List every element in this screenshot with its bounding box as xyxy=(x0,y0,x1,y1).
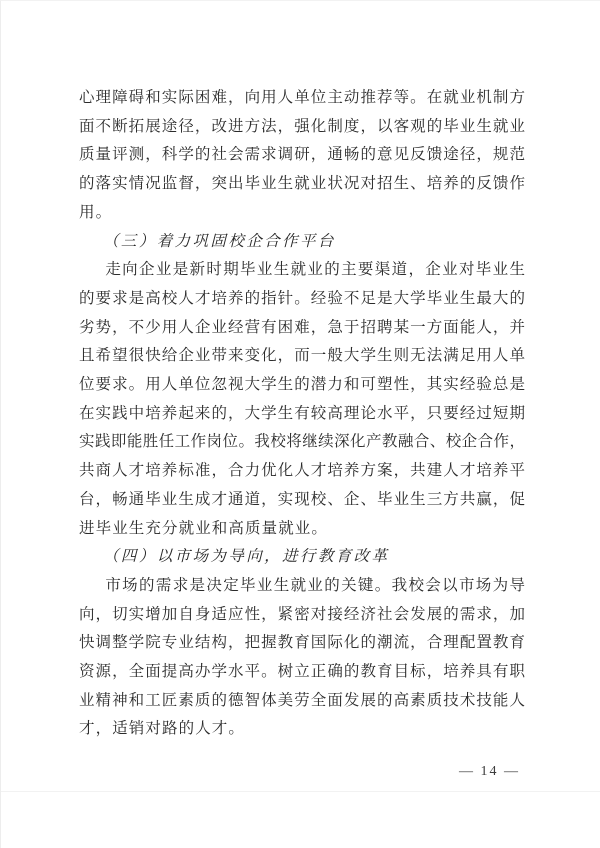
body-text-line: 快调整学院专业结构，把握教育国际化的潮流，合理配置教育 xyxy=(79,629,525,658)
body-text-line: 劣势，不少用人企业经营有困难，急于招聘某一方面能人，并 xyxy=(79,314,525,343)
body-text-line: 走向企业是新时期毕业生就业的主要渠道，企业对毕业生 xyxy=(79,256,525,285)
page-number: — 14 — xyxy=(459,764,520,780)
body-text-line: 位要求。用人单位忽视大学生的潜力和可塑性，其实经验总是 xyxy=(79,371,525,400)
body-text-line: 进毕业生充分就业和高质量就业。 xyxy=(79,515,525,544)
body-text-line: 面不断拓展途径，改进方法，强化制度，以客观的毕业生就业 xyxy=(79,113,525,142)
section-heading-3: （三）着力巩固校企合作平台 xyxy=(79,228,525,257)
body-text-line: 实践即能胜任工作岗位。我校将继续深化产教融合、校企合作， xyxy=(79,428,525,457)
body-text-line: 且希望很快给企业带来变化，而一般大学生则无法满足用人单 xyxy=(79,342,525,371)
body-text-line: 向，切实增加自身适应性，紧密对接经济社会发展的需求，加 xyxy=(79,601,525,630)
body-text-line: 共商人才培养标准，合力优化人才培养方案，共建人才培养平 xyxy=(79,457,525,486)
body-text-line: 的要求是高校人才培养的指针。经验不足是大学毕业生最大的 xyxy=(79,285,525,314)
document-body: 心理障碍和实际困难，向用人单位主动推荐等。在就业机制方 面不断拓展途径，改进方法… xyxy=(79,84,525,744)
section-heading-4: （四）以市场为导向，进行教育改革 xyxy=(79,543,525,572)
document-page: 心理障碍和实际困难，向用人单位主动推荐等。在就业机制方 面不断拓展途径，改进方法… xyxy=(0,0,600,848)
body-text-line: 业精神和工匠素质的德智体美劳全面发展的高素质技术技能人 xyxy=(79,687,525,716)
scan-edge-artifact xyxy=(1,791,600,792)
body-text-line: 用。 xyxy=(79,199,525,228)
body-text-line: 台，畅通毕业生成才通道，实现校、企、毕业生三方共赢，促 xyxy=(79,486,525,515)
body-text-line: 才，适销对路的人才。 xyxy=(79,715,525,744)
body-text-line: 质量评测，科学的社会需求调研，通畅的意见反馈途径，规范 xyxy=(79,141,525,170)
body-text-line: 心理障碍和实际困难，向用人单位主动推荐等。在就业机制方 xyxy=(79,84,525,113)
body-text-line: 市场的需求是决定毕业生就业的关键。我校会以市场为导 xyxy=(79,572,525,601)
body-text-line: 资源，全面提高办学水平。树立正确的教育目标，培养具有职 xyxy=(79,658,525,687)
body-text-line: 的落实情况监督，突出毕业生就业状况对招生、培养的反馈作 xyxy=(79,170,525,199)
body-text-line: 在实践中培养起来的，大学生有较高理论水平，只要经过短期 xyxy=(79,400,525,429)
